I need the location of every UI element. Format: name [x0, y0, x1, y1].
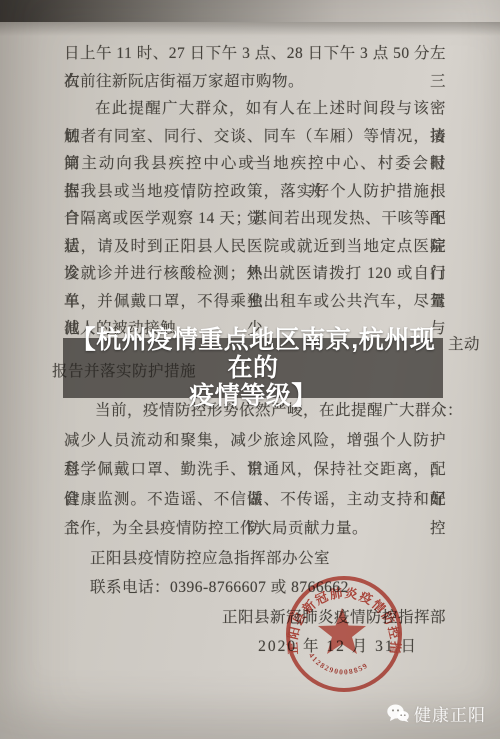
document-photo: 日上午 11 时、27 日下午 3 点、28 日下午 3 点 50 分左右三次前…	[0, 0, 500, 739]
watermark: 健康正阳	[387, 701, 486, 726]
document-line: 健康监测。不造谣、不信谣、不传谣，主动支持和配合防控	[64, 485, 446, 515]
document-line: 联系电话：0396-8766607 或 8766662	[64, 573, 446, 603]
document-body-bottom: 当前，疫情防控形势依然严峻，在此提醒广大群众：减少人员流动和聚集，减少旅途风险，…	[64, 396, 446, 662]
watermark-label: 健康正阳	[414, 701, 486, 726]
document-line: 科学佩戴口罩、勤洗手、常通风，保持社交距离，配合做好	[64, 455, 446, 485]
document-line: 合隔离或医学观察 14 天；其间若出现发热、干咳等不适症	[64, 205, 446, 233]
document-line: 减少人员流动和聚集，减少旅途风险，增强个人防护意识，	[64, 426, 446, 456]
document-line: 据我县或当地疫情防控政策，落实好个人防护措施，自觉配	[64, 178, 446, 206]
caption-overlay-banner: 【杭州疫情重点地区南京,杭州现在的 疫情等级】	[63, 338, 443, 398]
photo-top-shadow	[0, 0, 500, 22]
document-line: 在此提醒广大群众，如有人在上述时间段与该密切接	[64, 95, 446, 123]
document-line: 正阳县新冠肺炎疫情防控指挥部	[64, 603, 446, 633]
document-line: 诊就诊并进行核酸检测；外出就医请拨打 120 或自行单独驾	[64, 260, 446, 288]
document-line: 车，并佩戴口罩，不得乘坐出租车或公共汽车，尽量减少与	[64, 288, 446, 316]
document-line: 正阳县疫情防控应急指挥部办公室	[64, 544, 446, 574]
document-line: 状，请及时到正阳县人民医院或就近到当地定点医院发热门	[64, 233, 446, 261]
document-line: 2020 年 12 月 31 日	[64, 632, 446, 662]
wechat-icon	[387, 704, 409, 723]
caption-line-1: 【杭州疫情重点地区南京,杭州现在的	[63, 326, 443, 382]
caption-line-2: 疫情等级】	[63, 382, 443, 410]
document-line: 日上午 11 时、27 日下午 3 点、28 日下午 3 点 50 分左右三	[64, 40, 446, 68]
document-line: 间主动向我县疾控中心或当地疾控中心、村委会报告，并根	[64, 150, 446, 178]
document-line: 触者有同室、同行、交谈、同车（车厢）等情况，请第一时	[64, 123, 446, 151]
